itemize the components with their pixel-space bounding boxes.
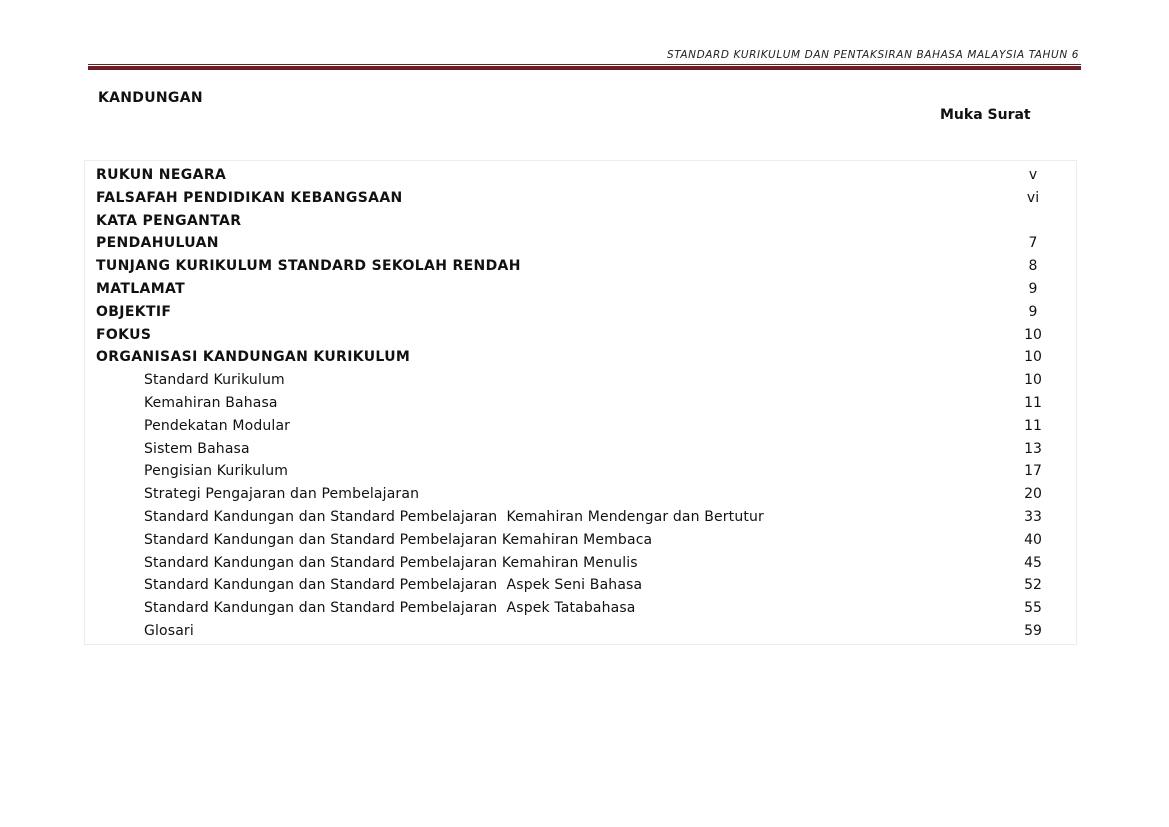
toc-entry[interactable]: ORGANISASI KANDUNGAN KURIKULUM10	[84, 346, 1077, 369]
toc-entry-label: TUNJANG KURIKULUM STANDARD SEKOLAH RENDA…	[96, 255, 521, 278]
toc-entry[interactable]: Sistem Bahasa13	[84, 438, 1077, 461]
toc-entry-page: 20	[1014, 483, 1052, 506]
toc-entry-label: FOKUS	[96, 324, 151, 347]
toc-entry-page: vi	[1014, 187, 1052, 210]
toc-entry-label: PENDAHULUAN	[96, 232, 219, 255]
toc-entry-page: 40	[1014, 529, 1052, 552]
toc-entry-label: MATLAMAT	[96, 278, 185, 301]
toc-entry-page: 59	[1014, 620, 1052, 643]
toc-entry[interactable]: Pendekatan Modular11	[84, 415, 1077, 438]
toc-entry[interactable]: Standard Kandungan dan Standard Pembelaj…	[84, 506, 1077, 529]
toc-entry-page: 8	[1014, 255, 1052, 278]
toc-entry-label: Strategi Pengajaran dan Pembelajaran	[144, 483, 419, 506]
toc-entry[interactable]: FOKUS10	[84, 324, 1077, 347]
toc-entry-label: Standard Kandungan dan Standard Pembelaj…	[144, 506, 764, 529]
header-rule-thick	[88, 66, 1081, 70]
toc-entry-label: OBJEKTIF	[96, 301, 171, 324]
toc-entry[interactable]: Kemahiran Bahasa11	[84, 392, 1077, 415]
toc-entry-page: 55	[1014, 597, 1052, 620]
toc-entry[interactable]: Glosari59	[84, 620, 1077, 643]
toc-list: RUKUN NEGARAvFALSAFAH PENDIDIKAN KEBANGS…	[84, 164, 1077, 643]
toc-entry[interactable]: MATLAMAT9	[84, 278, 1077, 301]
toc-entry-page: 11	[1014, 392, 1052, 415]
toc-entry[interactable]: Standard Kandungan dan Standard Pembelaj…	[84, 597, 1077, 620]
header-rule-thin	[88, 64, 1081, 65]
toc-entry-page: 33	[1014, 506, 1052, 529]
toc-entry-label: Pendekatan Modular	[144, 415, 290, 438]
toc-entry-label: RUKUN NEGARA	[96, 164, 226, 187]
toc-entry[interactable]: Standard Kandungan dan Standard Pembelaj…	[84, 529, 1077, 552]
toc-entry-label: Pengisian Kurikulum	[144, 460, 288, 483]
toc-entry[interactable]: RUKUN NEGARAv	[84, 164, 1077, 187]
running-header: STANDARD KURIKULUM DAN PENTAKSIRAN BAHAS…	[667, 49, 1079, 61]
toc-entry-label: Standard Kandungan dan Standard Pembelaj…	[144, 529, 652, 552]
toc-entry-page: 11	[1014, 415, 1052, 438]
toc-entry[interactable]: OBJEKTIF9	[84, 301, 1077, 324]
toc-entry[interactable]: Pengisian Kurikulum17	[84, 460, 1077, 483]
toc-entry-label: KATA PENGANTAR	[96, 210, 241, 233]
toc-entry[interactable]: FALSAFAH PENDIDIKAN KEBANGSAANvi	[84, 187, 1077, 210]
toc-entry[interactable]: Strategi Pengajaran dan Pembelajaran20	[84, 483, 1077, 506]
toc-entry-label: Kemahiran Bahasa	[144, 392, 278, 415]
toc-entry-label: Sistem Bahasa	[144, 438, 250, 461]
toc-entry-label: Standard Kandungan dan Standard Pembelaj…	[144, 574, 642, 597]
toc-entry[interactable]: TUNJANG KURIKULUM STANDARD SEKOLAH RENDA…	[84, 255, 1077, 278]
toc-entry[interactable]: KATA PENGANTAR	[84, 210, 1077, 233]
toc-entry-page: 7	[1014, 232, 1052, 255]
toc-entry[interactable]: PENDAHULUAN7	[84, 232, 1077, 255]
toc-entry-label: Standard Kandungan dan Standard Pembelaj…	[144, 597, 636, 620]
toc-entry-page: 10	[1014, 324, 1052, 347]
toc-entry-page: 52	[1014, 574, 1052, 597]
toc-entry-label: Standard Kurikulum	[144, 369, 285, 392]
toc-entry[interactable]: Standard Kandungan dan Standard Pembelaj…	[84, 552, 1077, 575]
toc-entry-page: 13	[1014, 438, 1052, 461]
page-column-header: Muka Surat	[940, 107, 1031, 123]
toc-entry-label: Standard Kandungan dan Standard Pembelaj…	[144, 552, 638, 575]
toc-entry-page: 10	[1014, 346, 1052, 369]
toc-entry-page: 9	[1014, 301, 1052, 324]
toc-entry-page: 9	[1014, 278, 1052, 301]
toc-entry-label: Glosari	[144, 620, 194, 643]
toc-entry-page: 45	[1014, 552, 1052, 575]
toc-entry-label: ORGANISASI KANDUNGAN KURIKULUM	[96, 346, 410, 369]
toc-entry-page: v	[1014, 164, 1052, 187]
toc-title: KANDUNGAN	[98, 90, 203, 106]
toc-entry[interactable]: Standard Kandungan dan Standard Pembelaj…	[84, 574, 1077, 597]
toc-entry[interactable]: Standard Kurikulum10	[84, 369, 1077, 392]
toc-entry-page: 10	[1014, 369, 1052, 392]
toc-entry-label: FALSAFAH PENDIDIKAN KEBANGSAAN	[96, 187, 403, 210]
toc-entry-page: 17	[1014, 460, 1052, 483]
